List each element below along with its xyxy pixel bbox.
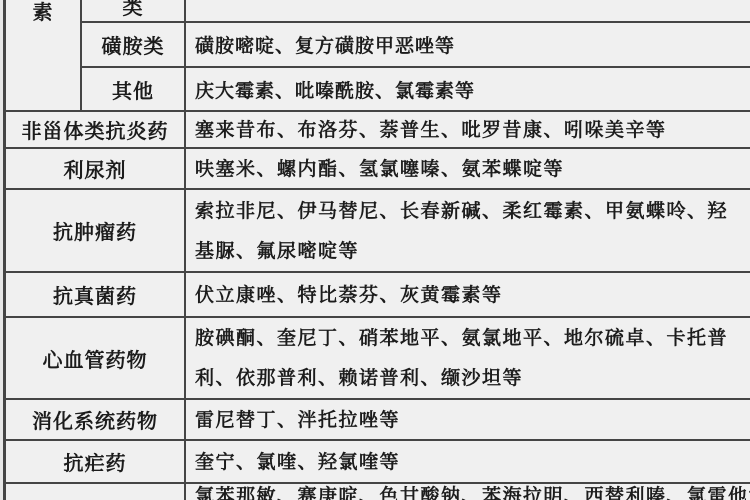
- table-row: 利尿剂 呋塞米、螺内酯、氢氯噻嗪、氨苯蝶啶等: [6, 149, 750, 190]
- table-row: 抗真菌药 伏立康唑、特比萘芬、灰黄霉素等: [6, 273, 750, 318]
- category-cell: 利尿剂: [6, 149, 186, 188]
- page: 素 类 磺胺类 其他 磺胺嘧啶、复方磺胺甲恶唑等 庆大霉素、吡嗪酰胺、氯霉素等 …: [0, 0, 750, 500]
- category-cell: 消化系统药物: [6, 400, 186, 439]
- table-row: 非甾体类抗炎药 塞来昔布、布洛芬、萘普生、吡罗昔康、吲哚美辛等: [6, 112, 750, 149]
- category-cell: 抗肿瘤药: [6, 190, 186, 271]
- category-cell: 心血管药物: [6, 318, 186, 398]
- drugs-cell: 奎宁、氯喹、羟氯喹等: [186, 441, 750, 482]
- antibiotic-subcategory-column: 类 磺胺类 其他: [82, 0, 186, 110]
- category-cell: 非甾体类抗炎药: [6, 112, 186, 147]
- category-cell: 抗疟药: [6, 441, 186, 482]
- table-row: 心血管药物 胺碘酮、奎尼丁、硝苯地平、氨氯地平、地尔硫卓、卡托普利、依那普利、赖…: [6, 318, 750, 400]
- category-cell: 抗真菌药: [6, 273, 186, 316]
- drugs-cell: [186, 0, 750, 23]
- antibiotic-drugs-column: 磺胺嘧啶、复方磺胺甲恶唑等 庆大霉素、吡嗪酰胺、氯霉素等: [186, 0, 750, 110]
- drugs-cell: 雷尼替丁、泮托拉唑等: [186, 400, 750, 439]
- antibiotic-section: 素 类 磺胺类 其他 磺胺嘧啶、复方磺胺甲恶唑等 庆大霉素、吡嗪酰胺、氯霉素等: [6, 0, 750, 112]
- subcategory-cell: 类: [82, 0, 184, 23]
- drugs-cell: 磺胺嘧啶、复方磺胺甲恶唑等: [186, 23, 750, 68]
- table-row: 抗肿瘤药 索拉非尼、伊马替尼、长春新碱、柔红霉素、甲氨蝶呤、羟基脲、氟尿嘧啶等: [6, 190, 750, 273]
- table-row: 抗疟药 奎宁、氯喹、羟氯喹等: [6, 441, 750, 484]
- table-row: 消化系统药物 雷尼替丁、泮托拉唑等: [6, 400, 750, 441]
- subcategory-cell: 磺胺类: [82, 23, 184, 68]
- drugs-cell: 塞来昔布、布洛芬、萘普生、吡罗昔康、吲哚美辛等: [186, 112, 750, 147]
- drugs-cell: 氯苯那敏、赛庚啶、色甘酸钠、苯海拉明、西替利嗪、氯雷他定等: [186, 484, 750, 500]
- table-row-partial: 氯苯那敏、赛庚啶、色甘酸钠、苯海拉明、西替利嗪、氯雷他定等: [6, 484, 750, 500]
- drugs-cell: 呋塞米、螺内酯、氢氯噻嗪、氨苯蝶啶等: [186, 149, 750, 188]
- drug-category-table: 素 类 磺胺类 其他 磺胺嘧啶、复方磺胺甲恶唑等 庆大霉素、吡嗪酰胺、氯霉素等 …: [3, 0, 750, 500]
- antibiotic-merged-cell: 素: [6, 0, 82, 110]
- drugs-cell: 伏立康唑、特比萘芬、灰黄霉素等: [186, 273, 750, 316]
- category-cell: [6, 484, 186, 500]
- antibiotic-merged-label: 素: [6, 0, 80, 25]
- drugs-cell: 索拉非尼、伊马替尼、长春新碱、柔红霉素、甲氨蝶呤、羟基脲、氟尿嘧啶等: [186, 190, 750, 271]
- drugs-cell: 胺碘酮、奎尼丁、硝苯地平、氨氯地平、地尔硫卓、卡托普利、依那普利、赖诺普利、缬沙…: [186, 318, 750, 398]
- subcategory-cell: 其他: [82, 68, 184, 110]
- drugs-cell: 庆大霉素、吡嗪酰胺、氯霉素等: [186, 68, 750, 110]
